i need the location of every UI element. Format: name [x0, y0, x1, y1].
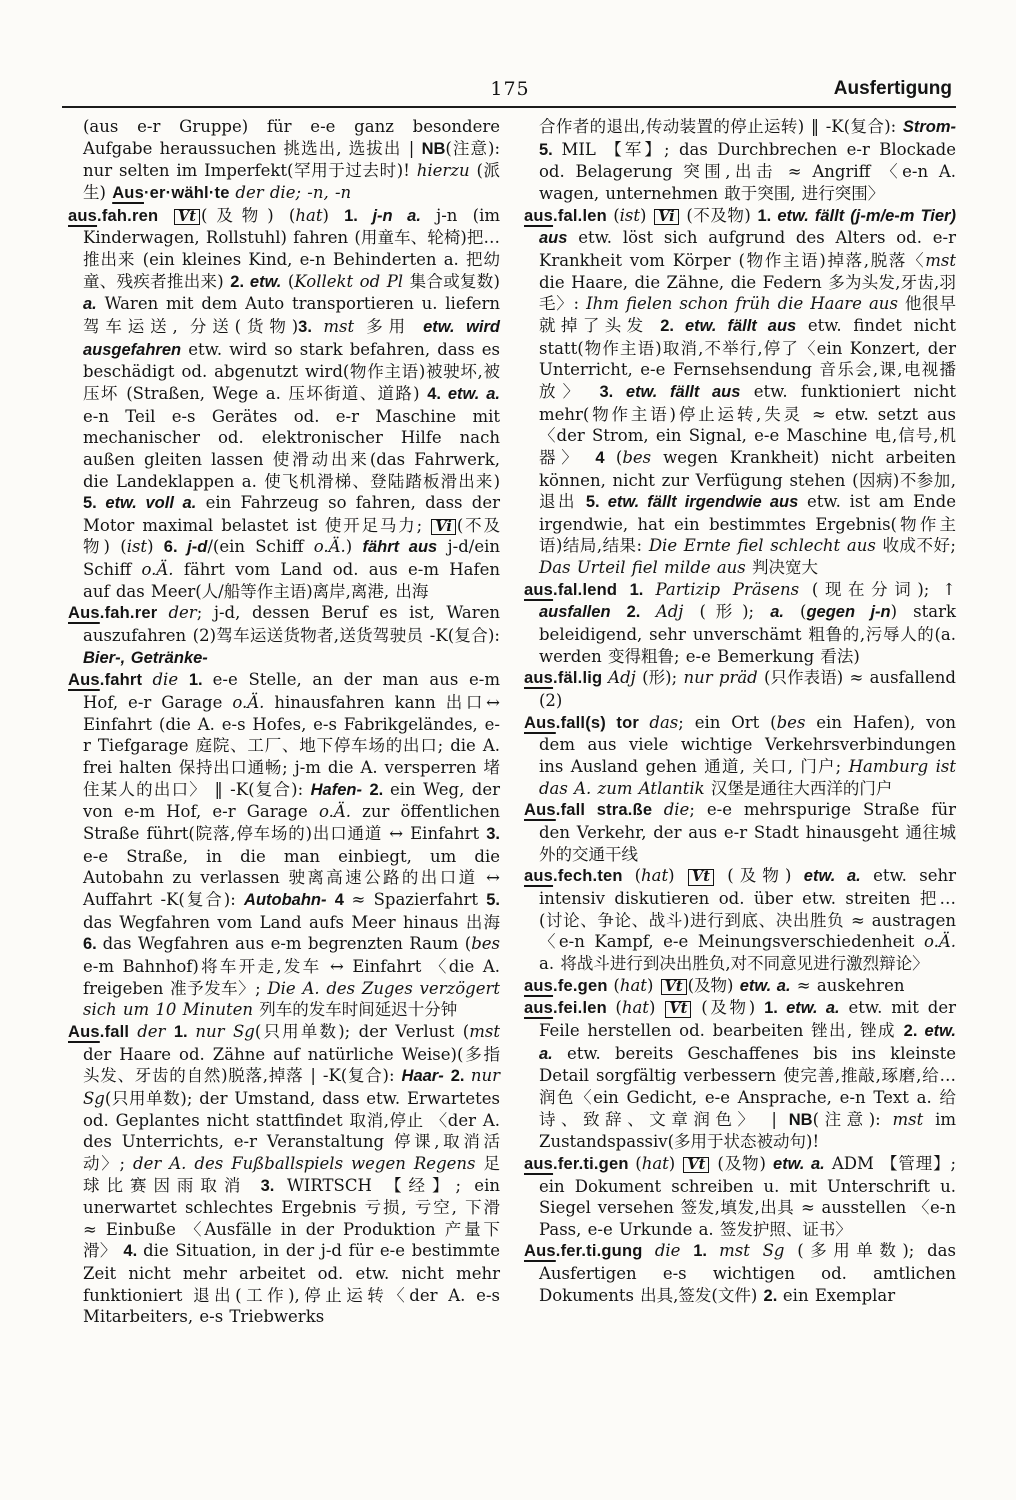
entry-aus-fei-len: aus.fei.len (hat) Vt (及物) 1. etw. a. etw… [524, 997, 956, 1153]
headword: Aus [68, 1023, 100, 1041]
text-segment: 1. [630, 581, 656, 599]
text-segment: 汉堡是通往大西洋的门户 [705, 779, 893, 798]
headword: .fall(s) tor [556, 714, 650, 732]
headword: aus [524, 669, 553, 687]
text-segment: 3. [599, 383, 625, 401]
text-segment: /(ein Schiff [207, 537, 313, 556]
headword: aus [524, 977, 553, 995]
text-segment: 1. [344, 207, 372, 225]
text-segment: hat [295, 206, 322, 225]
headword: aus [524, 1155, 553, 1173]
headword: Aus [68, 604, 100, 622]
text-segment: ) [147, 537, 164, 556]
headword: aus [524, 999, 553, 1017]
headword: .fer.ti.gung [556, 1242, 655, 1260]
text-segment: (及物) [692, 998, 764, 1017]
text-segment: 4. [427, 385, 448, 403]
text-segment: ( [784, 602, 807, 621]
text-segment [327, 890, 335, 909]
text-segment: 3. [486, 825, 500, 843]
text-segment: 6. [83, 935, 103, 953]
text-segment: 6. [164, 538, 187, 556]
text-segment: der die; -n, -n [235, 183, 351, 202]
text-segment: (及物) [688, 976, 740, 995]
text-segment: Autobahn- [244, 891, 326, 909]
text-segment: mst [469, 1022, 500, 1041]
text-segment: das [649, 713, 678, 732]
text-segment: 判决宽大 [746, 558, 818, 577]
headword: aus [524, 207, 553, 225]
text-segment: o.Ä. [319, 802, 351, 821]
text-segment: ausfallen [539, 603, 611, 621]
guide-word: Ausfertigung [834, 78, 952, 100]
entry-aus-fah-ren: aus.fah.ren Vt(及物) (hat) 1. j-n a. j-n (… [68, 205, 500, 603]
text-segment [444, 1066, 451, 1085]
text-segment: hat [642, 1154, 669, 1173]
text-segment: der A. des Fußballspiels wegen Regens [133, 1154, 475, 1173]
text-segment: ) [346, 537, 363, 556]
header-rule [62, 106, 956, 108]
text-segment: ) [649, 998, 664, 1017]
entry-aus-fall-s-tor: Aus.fall(s) tor das; ein Ort (bes ein Ha… [524, 712, 956, 800]
headword: .fall [100, 1023, 137, 1041]
text-segment: mst [925, 251, 956, 270]
text-segment: j-n a. [372, 207, 420, 225]
text-segment: Vt [683, 1157, 709, 1174]
text-segment: Vi [431, 519, 456, 536]
headword: .fall stra.ße [556, 801, 664, 819]
text-segment: j-d [187, 538, 207, 556]
text-segment: o.Ä. [924, 932, 956, 951]
text-segment: Ihm fielen schon früh die Haare aus [586, 294, 898, 313]
text-segment: Vt [661, 979, 687, 996]
entry-aus-fer-ti-gen: aus.fer.ti.gen (hat) Vt (及物) etw. a. ADM… [524, 1153, 956, 1241]
text-segment: 1. [693, 1242, 719, 1260]
text-segment: 5. [486, 891, 500, 909]
text-segment: Adj [608, 668, 636, 687]
text-segment: 3. [261, 1177, 287, 1195]
text-segment: gegen j-n [806, 603, 890, 621]
headword: .fal.len [553, 207, 613, 225]
headword: Aus [524, 801, 556, 819]
page-number: 175 [68, 78, 952, 100]
text-segment: bes [622, 448, 651, 467]
text-segment: ) [640, 206, 653, 225]
text-segment: die [655, 1241, 681, 1260]
text-segment: 1. [189, 671, 213, 689]
text-segment: 5. [539, 141, 561, 159]
text-segment: e-n Teil e-s Gerätes od. e-r Maschine mi… [83, 407, 500, 491]
text-segment: 3. [298, 318, 323, 336]
headword: Aus [524, 1242, 556, 1260]
headword: .fe.gen [553, 977, 613, 995]
text-segment: 5. [586, 493, 608, 511]
headword: .fahrt [100, 671, 153, 689]
text-segment: Adj [656, 602, 684, 621]
text-segment: hierzu [417, 161, 470, 180]
text-segment: Bier-, Getränke- [83, 649, 208, 667]
entry-aus-fech-ten: aus.fech.ten (hat) Vt (及物) etw. a. etw. … [524, 865, 956, 974]
text-segment: a. [770, 603, 784, 621]
text-segment: das Wegfahren aus e-m begrenzten Raum ( [103, 934, 472, 953]
text-segment: 2. [451, 1067, 471, 1085]
text-segment: Die Ernte fiel schlecht aus [649, 536, 876, 555]
text-segment: etw. löst sich aufgrund des Alters od. e… [539, 228, 956, 270]
text-segment: (现在分词); ↑ [799, 580, 956, 599]
text-segment: ) [669, 1154, 683, 1173]
text-segment: MIL 【军】; das Durchbrechen e-r Blockade o… [539, 140, 956, 203]
text-segment: 合作者的退出,传动装置的停止运转) ‖ -K(复合): [539, 117, 903, 136]
text-segment: hat [622, 998, 649, 1017]
text-segment: etw. a. [448, 385, 500, 403]
headword: .fah.rer [100, 604, 169, 622]
entry-aus-fall: Aus.fall der 1. nur Sg(只用单数); der Verlus… [68, 1021, 500, 1328]
text-segment: ist [620, 206, 640, 225]
right-column: 合作者的退出,传动装置的停止运转) ‖ -K(复合): Strom- 5. MI… [524, 116, 956, 1482]
text-segment: o.Ä. [314, 537, 346, 556]
text-segment: etw. fällt aus [626, 383, 741, 401]
text-segment: 4 [595, 449, 615, 467]
headword: .fal.lend [553, 581, 630, 599]
text-segment: 1. [174, 1023, 196, 1041]
text-segment: das Wegfahren vom Land aufs Meer hinaus … [83, 913, 500, 932]
text-segment: mst [893, 1110, 924, 1129]
text-segment: (形); [683, 602, 770, 621]
text-segment: 2. [230, 273, 250, 291]
text-segment: a. 将战斗进行到决出胜负,对不同意见进行激烈辩论〉 [539, 954, 929, 973]
headword: .fei.len [553, 999, 615, 1017]
text-segment: bes [777, 713, 806, 732]
text-segment: ≈ auskehren [791, 976, 905, 995]
text-segment: Vt [665, 1001, 691, 1018]
headword: aus [524, 581, 553, 599]
headword: Aus [68, 671, 100, 689]
entry-aus-fer-ti-gung: Aus.fer.ti.gung die 1. mst Sg (多用单数); da… [524, 1240, 956, 1307]
text-segment: Vi [654, 209, 679, 226]
text-segment: ) [668, 866, 687, 885]
text-segment: Kollekt od Pl [294, 272, 403, 291]
text-segment: Das Urteil fiel milde aus [539, 558, 746, 577]
text-segment: 2. [660, 317, 685, 335]
text-segment: 2. [764, 1287, 783, 1305]
text-segment: 5. [83, 494, 105, 512]
text-segment: etw. a. [786, 999, 840, 1017]
text-segment [165, 1022, 173, 1041]
text-segment: Haar- [402, 1067, 444, 1085]
text-segment: (只用单数); der Verlust ( [255, 1022, 469, 1041]
text-segment: etw. a. [740, 977, 791, 995]
text-segment: bes [471, 934, 500, 953]
text-segment: ≈ Spazierfahrt [352, 890, 487, 909]
text-segment: fährt aus [363, 538, 438, 556]
text-segment: a. [83, 295, 97, 313]
entry-aus-fall-strasse: Aus.fall stra.ße die; e-e mehrspurige St… [524, 799, 956, 865]
text-segment: NB [422, 140, 446, 158]
dictionary-page: 175 Ausfertigung (aus e-r Gruppe) für e-… [0, 0, 1016, 1500]
text-segment [680, 1241, 693, 1260]
text-segment: ) [322, 206, 344, 225]
text-segment: ist [127, 537, 147, 556]
text-segment: 集合或复数) [403, 272, 500, 291]
text-segment: NB [789, 1111, 813, 1129]
text-segment: hat [620, 976, 647, 995]
entry-aus-fal-lend: aus.fal.lend 1. Partizip Präsens (现在分词);… [524, 579, 956, 668]
left-column: (aus e-r Gruppe) für e-e ganz besondere … [68, 116, 500, 1482]
text-segment: etw. fällt irgendwie aus [608, 493, 799, 511]
text-segment: 2. [369, 781, 390, 799]
text-segment [611, 602, 627, 621]
text-segment: 4. [123, 1242, 143, 1260]
text-segment: o.Ä. [141, 560, 173, 579]
text-segment: Partizip Präsens [656, 580, 800, 599]
entry-aus-fahrt: Aus.fahrt die 1. e-e Stelle, an der man … [68, 669, 500, 1021]
text-segment: hat [641, 866, 668, 885]
headword: Aus [112, 184, 144, 202]
headword: .fäl.lig [553, 669, 608, 687]
text-segment: (注意): [813, 1110, 893, 1129]
entry-aus-fael-lig: aus.fäl.lig Adj (形); nur präd (只作表语) ≈ a… [524, 667, 956, 711]
text-columns: (aus e-r Gruppe) für e-e ganz besondere … [68, 116, 956, 1482]
text-segment: (及物) ( [201, 206, 295, 225]
text-segment: etw. a. [773, 1155, 825, 1173]
text-segment: etw. fällt aus [685, 317, 796, 335]
headword: Aus [524, 714, 556, 732]
text-segment: nur präd [683, 668, 757, 687]
text-segment: 列车的发车时间延迟十分钟 [253, 1000, 457, 1019]
headword: .fer.ti.gen [553, 1155, 635, 1173]
text-segment: die [664, 800, 690, 819]
text-segment: 2. [904, 1022, 925, 1040]
text-segment [178, 670, 189, 689]
text-segment: der [137, 1022, 165, 1041]
text-segment: mst Sg [719, 1241, 784, 1260]
entry-aus-fah-rer: Aus.fah.rer der; j-d, dessen Beruf es is… [68, 602, 500, 669]
text-segment: (不及物) [680, 206, 758, 225]
text-segment: ) [647, 976, 660, 995]
headword: .fah.ren [97, 207, 173, 225]
text-segment: 收成不好; [876, 536, 956, 555]
text-segment: etw. voll a. [105, 494, 196, 512]
text-segment: (及物) [715, 866, 804, 885]
headword: aus [68, 207, 97, 225]
text-segment: 4 [335, 891, 352, 909]
entry-aus-fall-continuation: 合作者的退出,传动装置的停止运转) ‖ -K(复合): Strom- 5. MI… [524, 116, 956, 205]
text-segment: Hafen- [311, 781, 362, 799]
headword: aus [524, 867, 553, 885]
text-segment: Vt [688, 869, 714, 886]
text-segment: Vt [174, 209, 200, 226]
text-segment: die Situation, in der j-d für e-e bestim… [83, 1241, 500, 1326]
text-segment: 2. [627, 603, 656, 621]
text-segment: die [152, 670, 178, 689]
headword: .fech.ten [553, 867, 635, 885]
text-segment: 1. [757, 207, 777, 225]
running-head: 175 Ausfertigung [68, 78, 952, 104]
text-segment: (形); [636, 668, 684, 687]
text-segment: ; ein Ort ( [678, 713, 776, 732]
text-segment: etw. [250, 273, 281, 291]
entry-aus-fe-gen: aus.fe.gen (hat) Vt(及物) etw. a. ≈ auskeh… [524, 975, 956, 998]
text-segment: 多用 [354, 317, 423, 336]
text-segment: (及物) [710, 1154, 773, 1173]
text-segment: o.Ä. [232, 693, 264, 712]
text-segment: ein Exemplar [783, 1286, 895, 1305]
text-segment: mst [323, 317, 354, 336]
text-segment: der [168, 603, 196, 622]
entry-aus-fal-len: aus.fal.len (ist) Vi (不及物) 1. etw. fällt… [524, 205, 956, 579]
entry-auserwaehlen-continuation: (aus e-r Gruppe) für e-e ganz besondere … [68, 116, 500, 205]
headword: ·er·wähl·te [144, 184, 235, 202]
text-segment: 1. [764, 999, 786, 1017]
text-segment: etw. a. [804, 867, 861, 885]
text-segment: nur Sg [195, 1022, 254, 1041]
text-segment: ( [281, 272, 294, 291]
text-segment: Strom- [903, 118, 956, 136]
